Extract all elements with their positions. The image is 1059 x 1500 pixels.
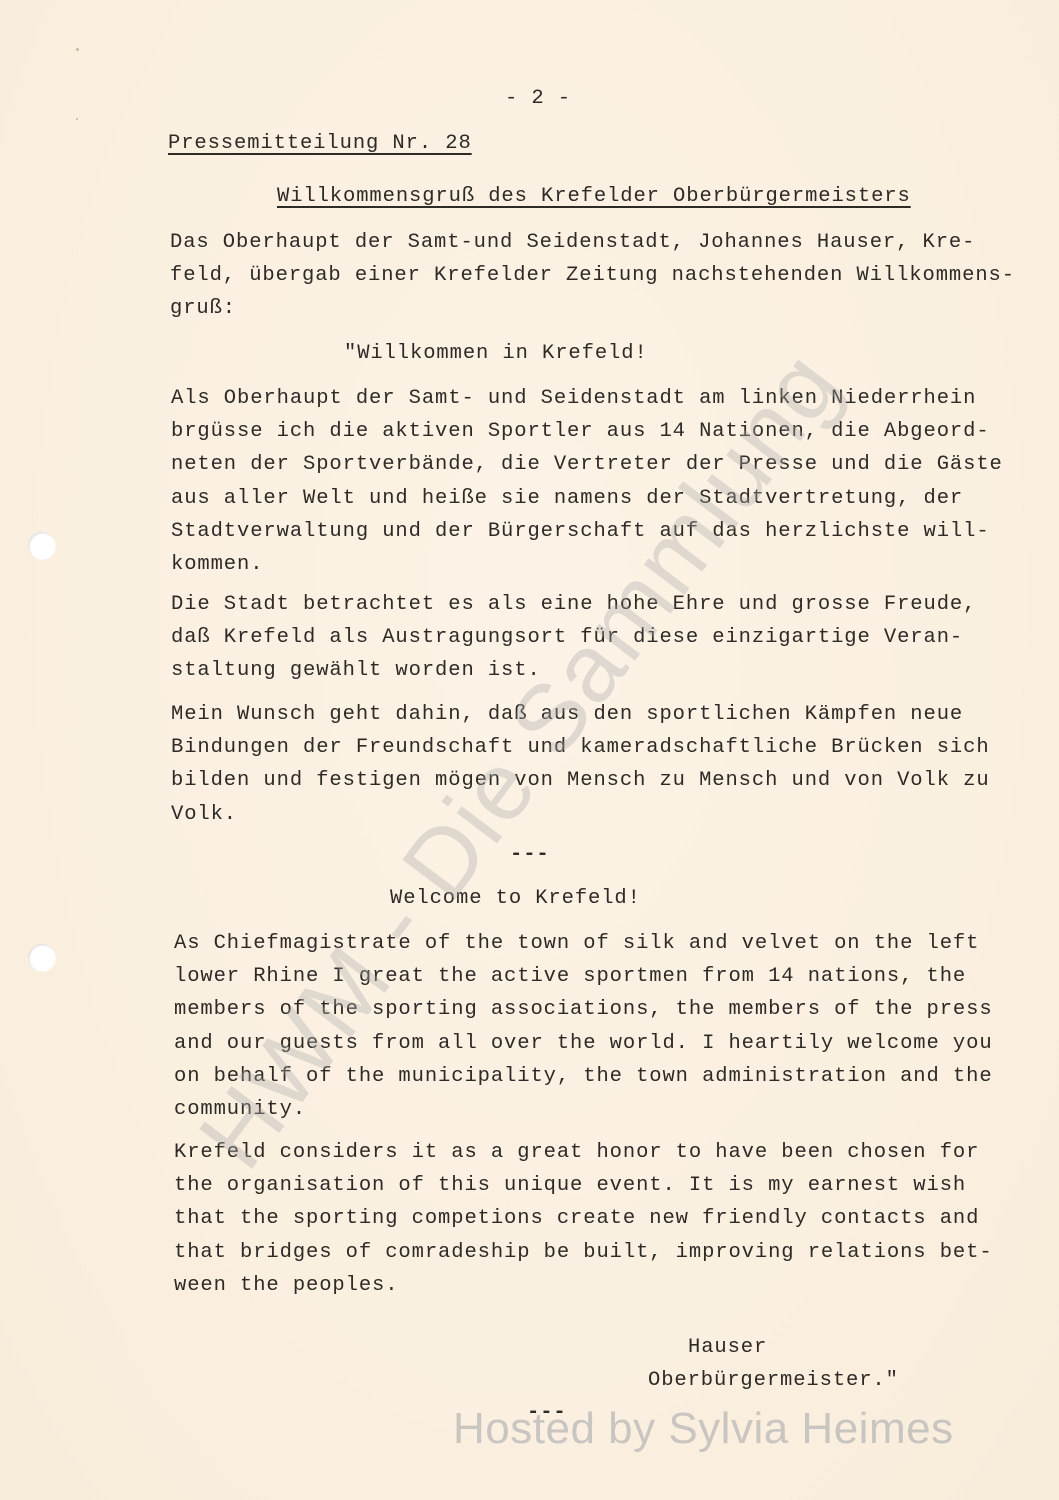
text-line: that bridges of comradeship be built, im… [174, 1240, 993, 1266]
text-line: the organisation of this unique event. I… [174, 1173, 966, 1199]
text-line: Mein Wunsch geht dahin, daß aus den spor… [171, 702, 963, 728]
text-line: gruß: [170, 296, 236, 322]
text-line: staltung gewählt worden ist. [171, 658, 541, 684]
text-line: Stadtverwaltung und der Bürgerschaft auf… [171, 519, 990, 545]
text-line: Krefeld considers it as a great honor to… [174, 1140, 979, 1166]
punch-hole [28, 944, 56, 972]
text-line: brgüsse ich die aktiven Sportler aus 14 … [171, 419, 990, 445]
document-page: - 2 - Pressemitteilung Nr. 28 Willkommen… [0, 0, 1059, 1500]
text-line: Als Oberhaupt der Samt- und Seidenstadt … [171, 386, 976, 412]
text-line: feld, übergab einer Krefelder Zeitung na… [170, 263, 1015, 289]
press-release-number: Pressemitteilung Nr. 28 [168, 131, 472, 157]
text-line: As Chiefmagistrate of the town of silk a… [174, 931, 979, 957]
text-line: kommen. [171, 552, 263, 578]
punch-hole [28, 532, 56, 560]
text-line: lower Rhine I great the active sportmen … [174, 964, 966, 990]
separator: --- [510, 842, 550, 868]
signature-name: Hauser [688, 1335, 767, 1361]
text-line: on behalf of the municipality, the town … [174, 1064, 993, 1090]
text-line: members of the sporting associations, th… [174, 997, 993, 1023]
text-line: Volk. [171, 802, 237, 828]
paper-speck [76, 118, 78, 120]
page-number: - 2 - [505, 86, 571, 112]
german-title: "Willkommen in Krefeld! [344, 341, 648, 367]
paper-speck [76, 48, 79, 51]
text-line: neten der Sportverbände, die Vertreter d… [171, 452, 1003, 478]
signature-title: Oberbürgermeister." [648, 1368, 899, 1394]
hosted-by-watermark: Hosted by Sylvia Heimes [453, 1404, 954, 1454]
english-title: Welcome to Krefeld! [390, 886, 641, 912]
text-line: community. [174, 1097, 306, 1123]
text-line: that the sporting competions create new … [174, 1206, 979, 1232]
text-line: and our guests from all over the world. … [174, 1031, 993, 1057]
text-line: Die Stadt betrachtet es als eine hohe Eh… [171, 592, 976, 618]
text-line: bilden und festigen mögen von Mensch zu … [171, 768, 990, 794]
text-line: ween the peoples. [174, 1273, 398, 1299]
page-title: Willkommensgruß des Krefelder Oberbürger… [277, 184, 911, 210]
text-line: aus aller Welt und heiße sie namens der … [171, 486, 963, 512]
text-line: daß Krefeld als Austragungsort für diese… [171, 625, 963, 651]
text-line: Bindungen der Freundschaft und kameradsc… [171, 735, 990, 761]
text-line: Das Oberhaupt der Samt-und Seidenstadt, … [170, 230, 975, 256]
